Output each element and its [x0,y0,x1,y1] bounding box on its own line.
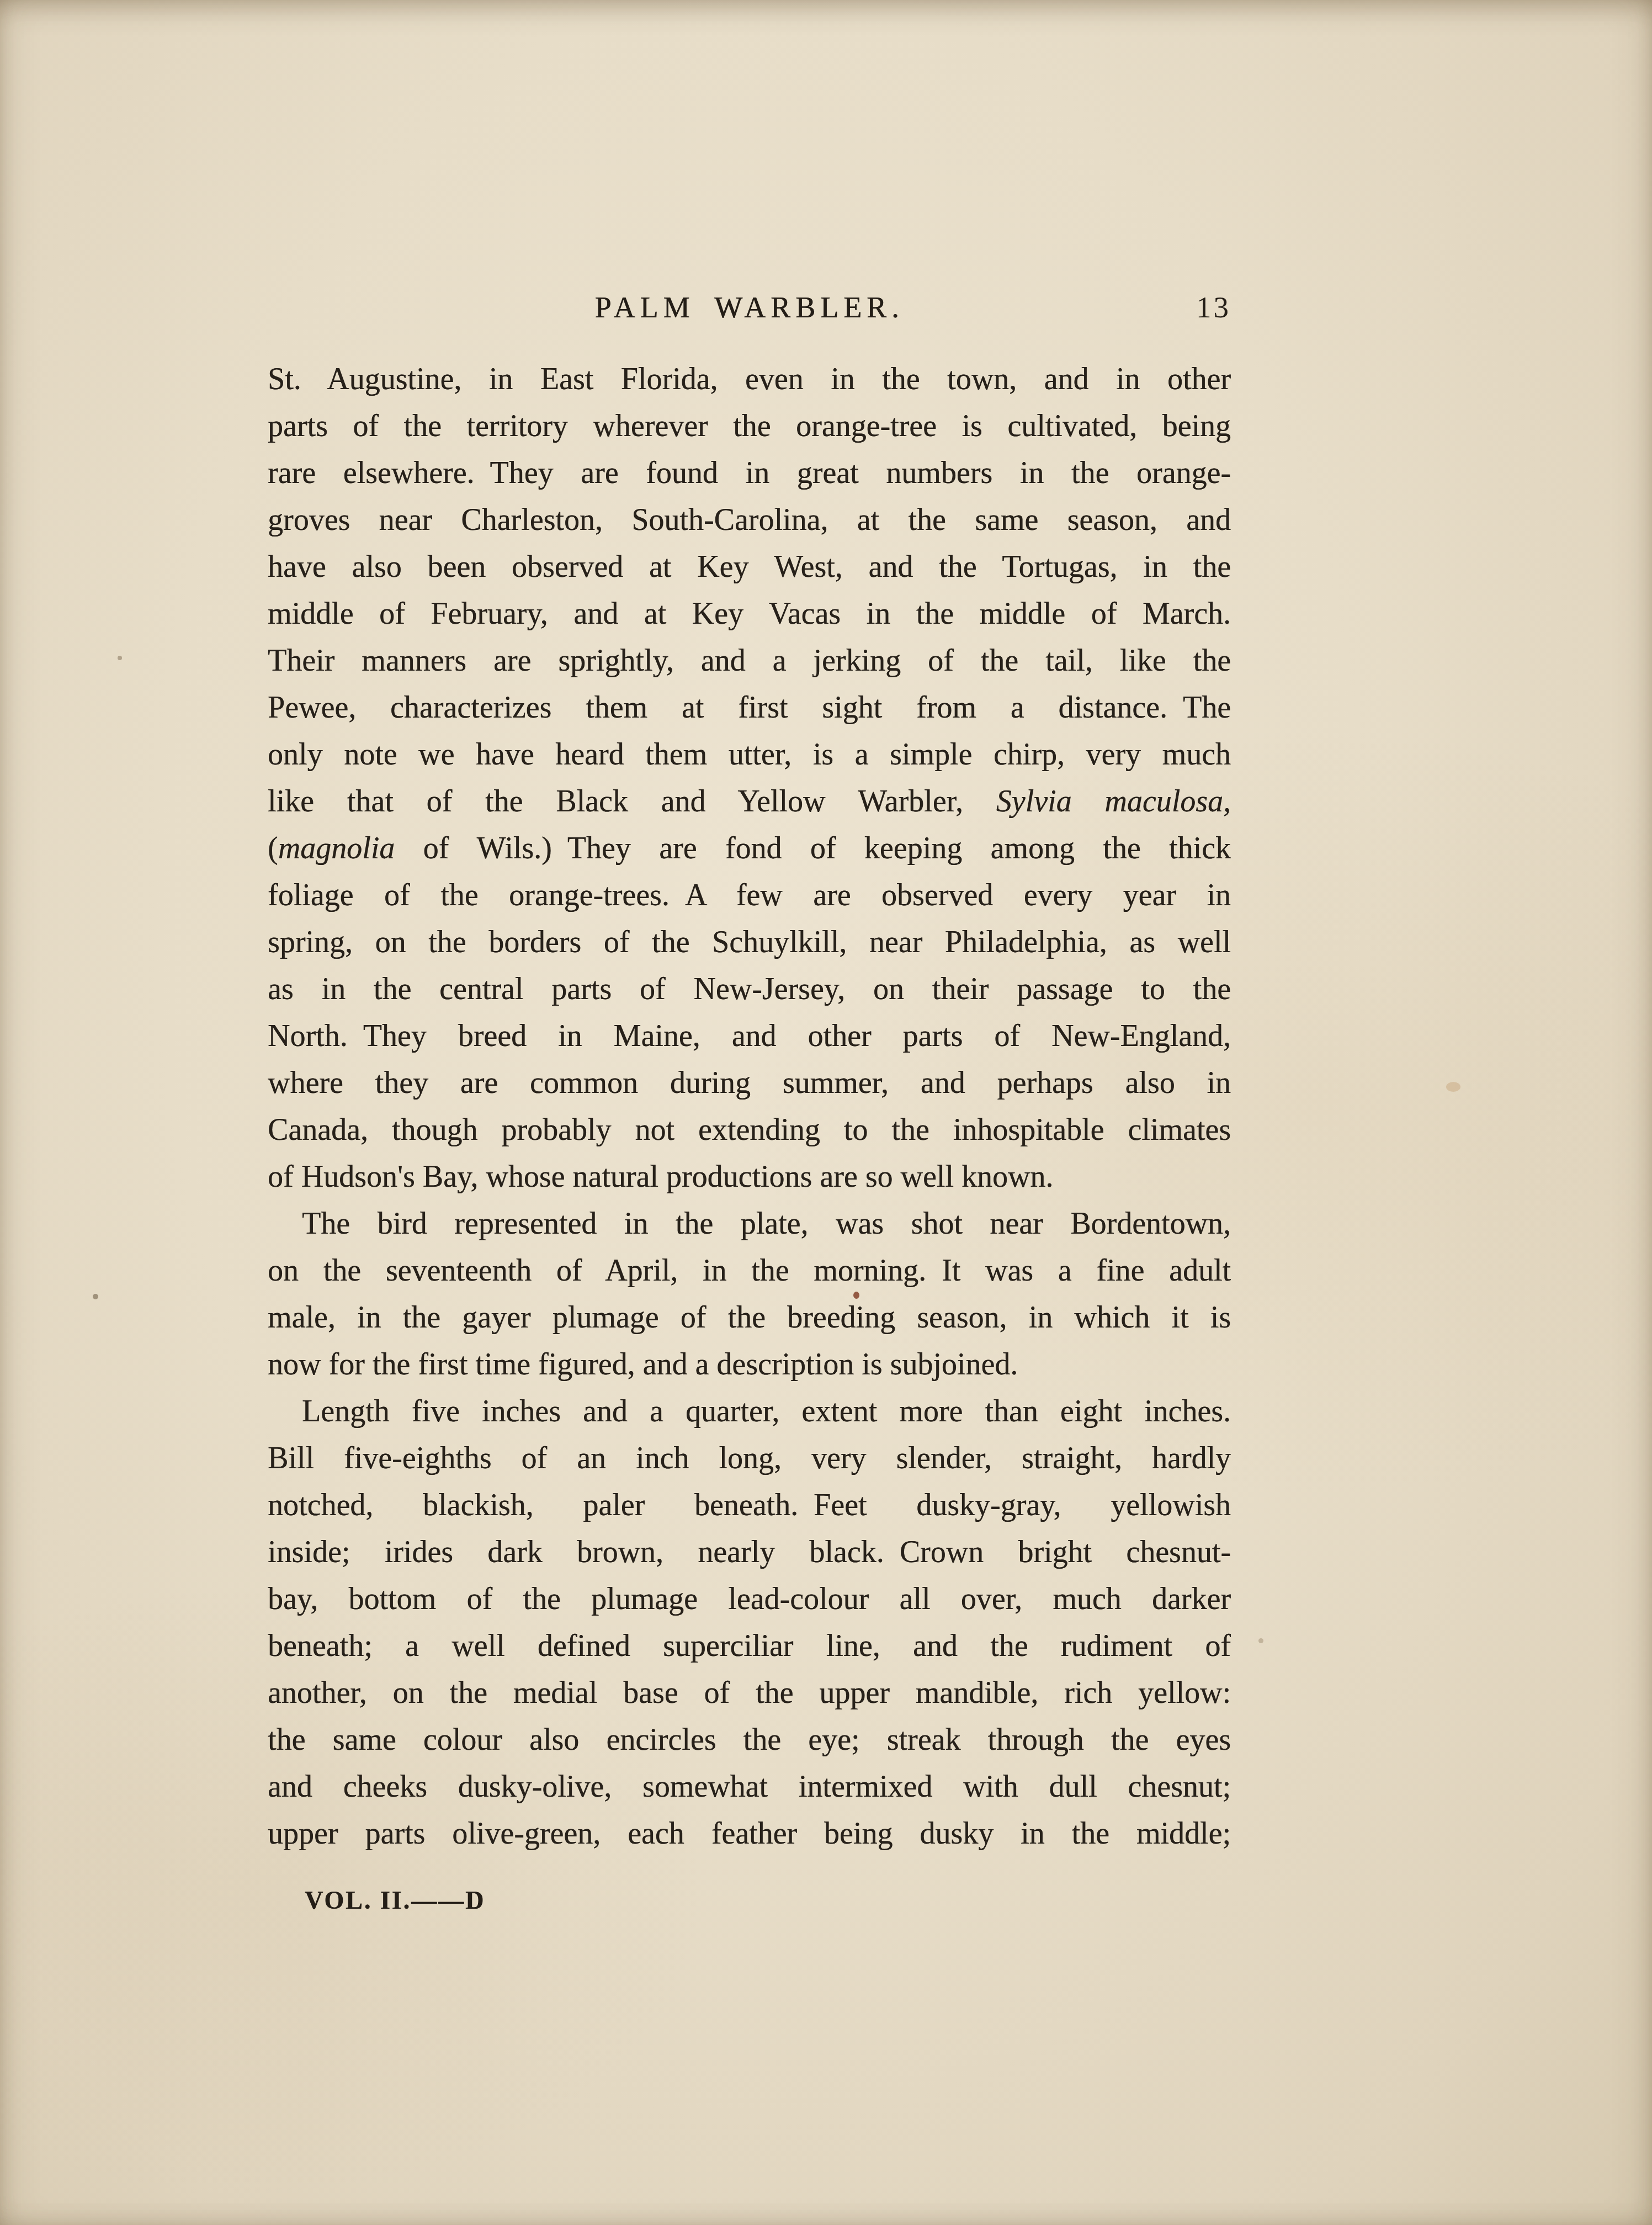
text-segment: Length five inches and a quarter, extent… [302,1394,1231,1429]
text-line: Their manners are sprightly, and a jerki… [268,638,1231,684]
text-line: like that of the Black and Yellow Warble… [268,778,1231,825]
page-number: 13 [1196,283,1231,332]
text-line: middle of February, and at Key Vacas in … [268,591,1231,638]
text-line: bay, bottom of the plumage lead-colour a… [268,1576,1231,1623]
text-line: and cheeks dusky-olive, somewhat intermi… [268,1764,1231,1810]
text-line: notched, blackish, paler beneath. Feet d… [268,1482,1231,1529]
text-segment: of Hudson's Bay, whose natural productio… [268,1160,1053,1194]
paper-speck [853,1292,859,1299]
text-line: spring, on the borders of the Schuylkill… [268,919,1231,966]
text-segment: as in the central parts of New-Jersey, o… [268,972,1231,1006]
text-line: Pewee, characterizes them at first sight… [268,684,1231,731]
text-segment: groves near Charleston, South-Carolina, … [268,503,1231,537]
book-page-scan: PALM WARBLER. 13 St. Augustine, in East … [0,0,1652,2225]
text-segment: now for the first time figured, and a de… [268,1347,1018,1382]
text-line: groves near Charleston, South-Carolina, … [268,497,1231,544]
page-body: St. Augustine, in East Florida, even in … [268,356,1231,1857]
text-line: rare elsewhere. They are found in great … [268,450,1231,497]
text-line: Canada, though probably not extending to… [268,1107,1231,1154]
text-line: upper parts olive-green, each feather be… [268,1810,1231,1857]
text-line: the same colour also encircles the eye; … [268,1717,1231,1764]
text-segment: The bird represented in the plate, was s… [302,1207,1231,1241]
text-segment: inside; irides dark brown, nearly black.… [268,1535,1231,1569]
text-line: inside; irides dark brown, nearly black.… [268,1529,1231,1576]
text-line: parts of the territory wherever the oran… [268,403,1231,450]
text-line: (magnolia of Wils.) They are fond of kee… [268,825,1231,872]
text-line: Length five inches and a quarter, extent… [268,1388,1231,1435]
text-segment: only note we have heard them utter, is a… [268,737,1231,772]
text-segment: spring, on the borders of the Schuylkill… [268,925,1231,959]
text-line: have also been observed at Key West, and… [268,544,1231,591]
text-line: where they are common during summer, and… [268,1060,1231,1107]
text-segment: Canada, though probably not extending to… [268,1113,1231,1147]
paper-speck [1258,1638,1263,1643]
text-line: North. They breed in Maine, and other pa… [268,1013,1231,1060]
text-line: as in the central parts of New-Jersey, o… [268,966,1231,1013]
text-line: foliage of the orange-trees. A few are o… [268,872,1231,919]
running-head: PALM WARBLER. 13 [268,283,1231,332]
text-segment: ( [268,831,278,865]
text-line: beneath; a well defined superciliar line… [268,1623,1231,1670]
text-segment: like that of the Black and Yellow Warble… [268,784,996,819]
text-segment: male, in the gayer plumage of the breedi… [268,1300,1231,1335]
text-segment: where they are common during summer, and… [268,1066,1231,1100]
text-line: another, on the medial base of the upper… [268,1670,1231,1717]
text-line: only note we have heard them utter, is a… [268,731,1231,778]
text-segment: upper parts olive-green, each feather be… [268,1817,1231,1851]
page-heading: PALM WARBLER. [268,283,1231,332]
paper-speck [1446,1082,1460,1092]
text-segment: of Wils.) They are fond of keeping among… [395,831,1231,865]
text-line: now for the first time figured, and a de… [268,1341,1231,1388]
text-segment: middle of February, and at Key Vacas in … [268,597,1231,631]
text-line: Bill five-eighths of an inch long, very … [268,1435,1231,1482]
text-line: male, in the gayer plumage of the breedi… [268,1294,1231,1341]
text-segment: Pewee, characterizes them at first sight… [268,691,1231,725]
text-segment: another, on the medial base of the upper… [268,1676,1231,1710]
text-segment: parts of the territory wherever the oran… [268,409,1231,443]
paper-speck [93,1294,98,1299]
italic-segment: Sylvia maculosa, [996,784,1231,819]
text-segment: the same colour also encircles the eye; … [268,1723,1231,1757]
text-segment: on the seventeenth of April, in the morn… [268,1254,1231,1288]
text-segment: bay, bottom of the plumage lead-colour a… [268,1582,1231,1616]
text-segment: rare elsewhere. They are found in great … [268,456,1231,490]
text-line: of Hudson's Bay, whose natural productio… [268,1154,1231,1201]
text-segment: have also been observed at Key West, and… [268,550,1231,584]
text-segment: St. Augustine, in East Florida, even in … [268,362,1231,396]
text-segment: North. They breed in Maine, and other pa… [268,1019,1231,1053]
text-line: The bird represented in the plate, was s… [268,1201,1231,1247]
text-segment: foliage of the orange-trees. A few are o… [268,878,1231,912]
text-line: St. Augustine, in East Florida, even in … [268,356,1231,403]
volume-signature: VOL. II.——D [305,1885,485,1916]
paper-speck [118,656,122,660]
text-segment: Their manners are sprightly, and a jerki… [268,644,1231,678]
text-segment: notched, blackish, paler beneath. Feet d… [268,1488,1231,1522]
italic-segment: magnolia [278,831,395,865]
text-line: on the seventeenth of April, in the morn… [268,1247,1231,1294]
text-segment: and cheeks dusky-olive, somewhat intermi… [268,1770,1231,1804]
text-segment: beneath; a well defined superciliar line… [268,1629,1231,1663]
text-segment: Bill five-eighths of an inch long, very … [268,1441,1231,1475]
